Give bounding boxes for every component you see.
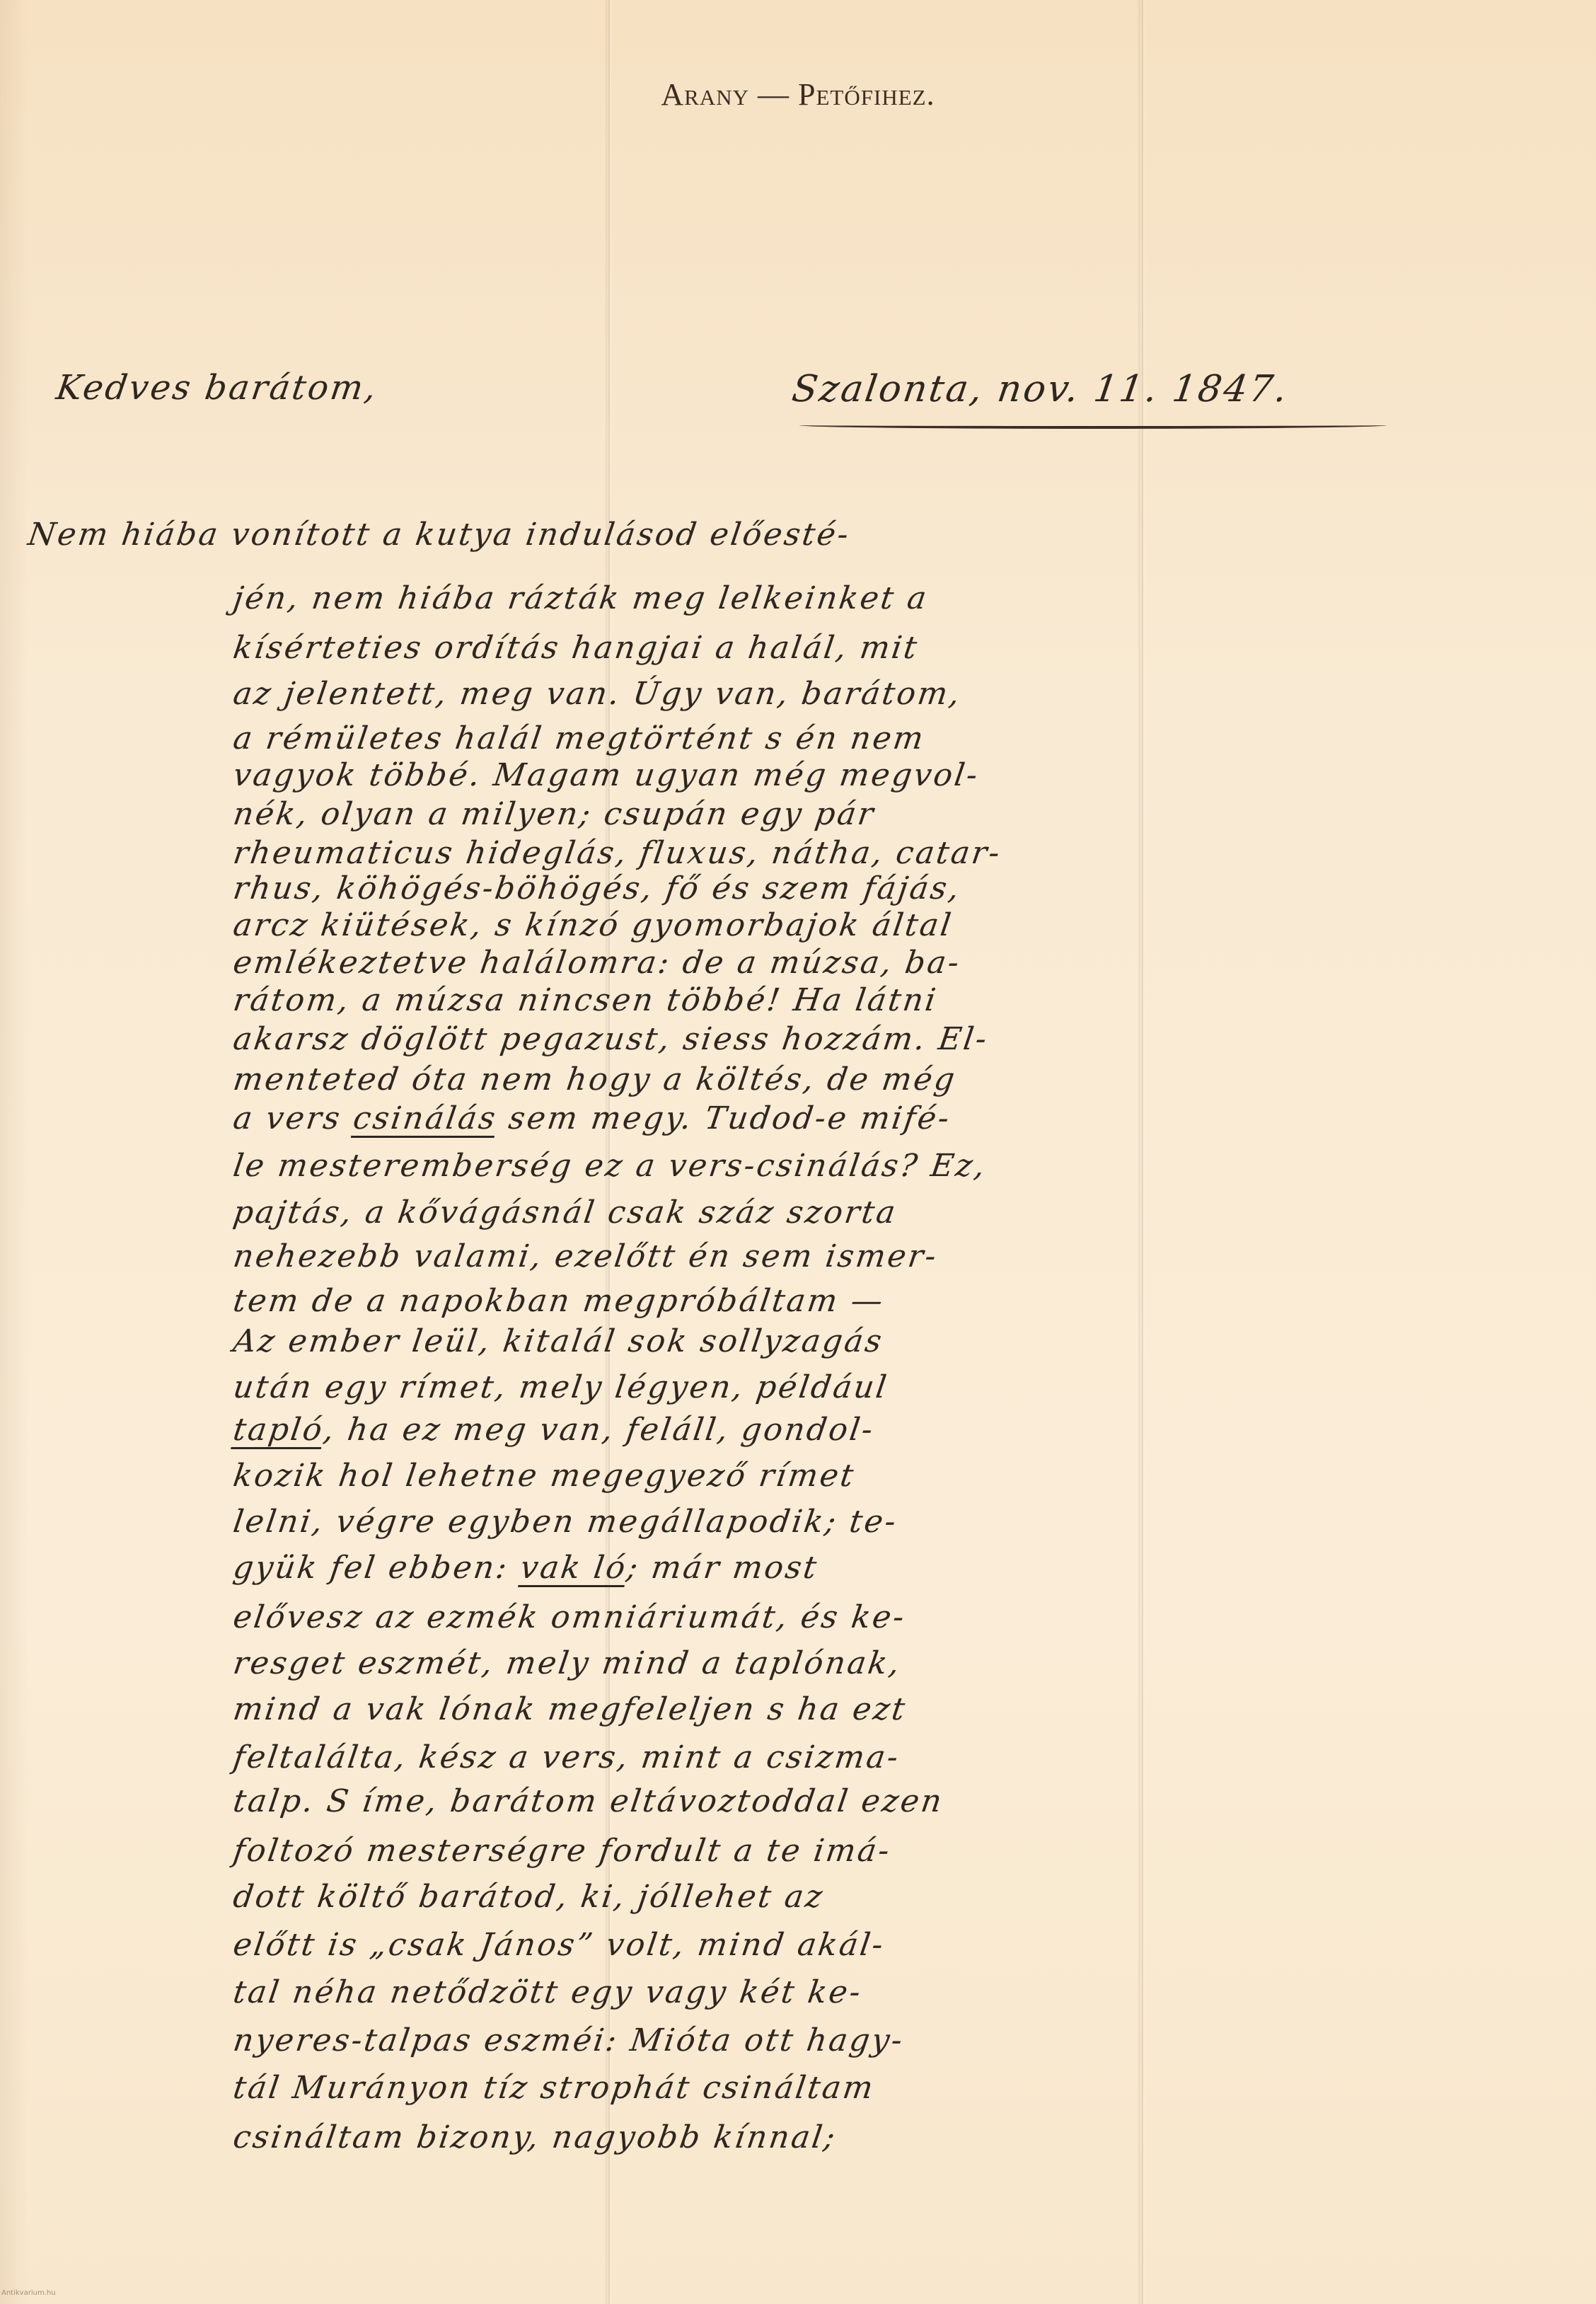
dateline-underline [799, 422, 1387, 429]
letter-line: előtt is „csak János” volt, mind akál- [231, 1927, 887, 1963]
letter-line: arcz kiütések, s kínzó gyomorbajok által [231, 907, 955, 943]
letter-line: talp. S íme, barátom eltávoztoddal ezen [231, 1783, 946, 1819]
letter-line: rheumaticus hideglás, fluxus, nátha, cat… [231, 835, 1004, 871]
letter-line: tál Murányon tíz strophát csináltam [231, 2070, 877, 2106]
salutation: Kedves barátom, [54, 368, 381, 408]
letter-line: dott költő barátod, ki, jóllehet az [231, 1879, 826, 1915]
letter-line: emlékeztetve halálomra: de a múzsa, ba- [231, 945, 963, 981]
letter-line: az jelentett, meg van. Úgy van, barátom, [231, 676, 964, 712]
letter-line: nyeres-talpas eszméi: Mióta ott hagy- [231, 2022, 906, 2058]
page-title: Arany — Petőfihez. [0, 76, 1596, 113]
letter-line: után egy rímet, mely légyen, például [231, 1369, 891, 1405]
fold-line [1142, 0, 1143, 2304]
underlined-word: vak ló [518, 1550, 629, 1586]
letter-line: a rémületes halál megtörtént s én nem [231, 720, 927, 756]
letter-line: le mesteremberség ez a vers-csinálás? Ez… [231, 1148, 989, 1184]
letter-line: gyük fel ebben: vak ló; már most [231, 1550, 821, 1586]
letter-line: mind a vak lónak megfeleljen s ha ezt [231, 1691, 909, 1727]
letter-line: nehezebb valami, ezelőtt én sem ismer- [231, 1238, 940, 1274]
letter-line: elővesz az ezmék omniáriumát, és ke- [231, 1599, 908, 1635]
dateline: Szalonta, nov. 11. 1847. [790, 368, 1292, 410]
letter-line: resget eszmét, mely mind a taplónak, [231, 1645, 903, 1681]
letter-line: menteted óta nem hogy a költés, de még [231, 1061, 959, 1098]
letter-line: rátom, a múzsa nincsen többé! Ha látni [231, 982, 939, 1018]
letter-line: jén, nem hiába rázták meg lelkeinket a [231, 580, 930, 616]
letter-line: Az ember leül, kitalál sok sollyzagás [231, 1323, 886, 1359]
letter-line: pajtás, a kővágásnál csak száz szorta [231, 1194, 899, 1231]
letter-line: a vers csinálás sem megy. Tudod-e mifé- [231, 1100, 953, 1136]
letter-line: Nem hiába vonított a kutya indulásod elő… [25, 517, 852, 553]
underlined-word: csinálás [351, 1100, 499, 1136]
letter-line: rhus, köhögés-böhögés, fő és szem fájás, [231, 870, 963, 906]
letter-line: tem de a napokban megpróbáltam — [231, 1283, 886, 1319]
letter-line: lelni, végre egyben megállapodik; te- [231, 1504, 900, 1540]
letter-line: foltozó mesterségre fordult a te imá- [231, 1833, 894, 1869]
letter-line: csináltam bizony, nagyobb kínnal; [231, 2119, 839, 2155]
letter-line: vagyok többé. Magam ugyan még megvol- [231, 757, 981, 793]
letter-line: kísérteties ordítás hangjai a halál, mit [231, 630, 921, 666]
watermark: Antikvarium.hu [1, 2289, 56, 2297]
letter-line: feltalálta, kész a vers, mint a csizma- [231, 1739, 902, 1775]
letter-line: tapló, ha ez meg van, feláll, gondol- [231, 1412, 877, 1448]
letter-line: kozik hol lehetne megegyező rímet [231, 1458, 857, 1494]
letter-line: tal néha netődzött egy vagy két ke- [231, 1974, 865, 2010]
letter-line: akarsz döglött pegazust, siess hozzám. E… [231, 1021, 990, 1057]
underlined-word: tapló [231, 1412, 326, 1448]
letter-line: nék, olyan a milyen; csupán egy pár [231, 796, 877, 832]
